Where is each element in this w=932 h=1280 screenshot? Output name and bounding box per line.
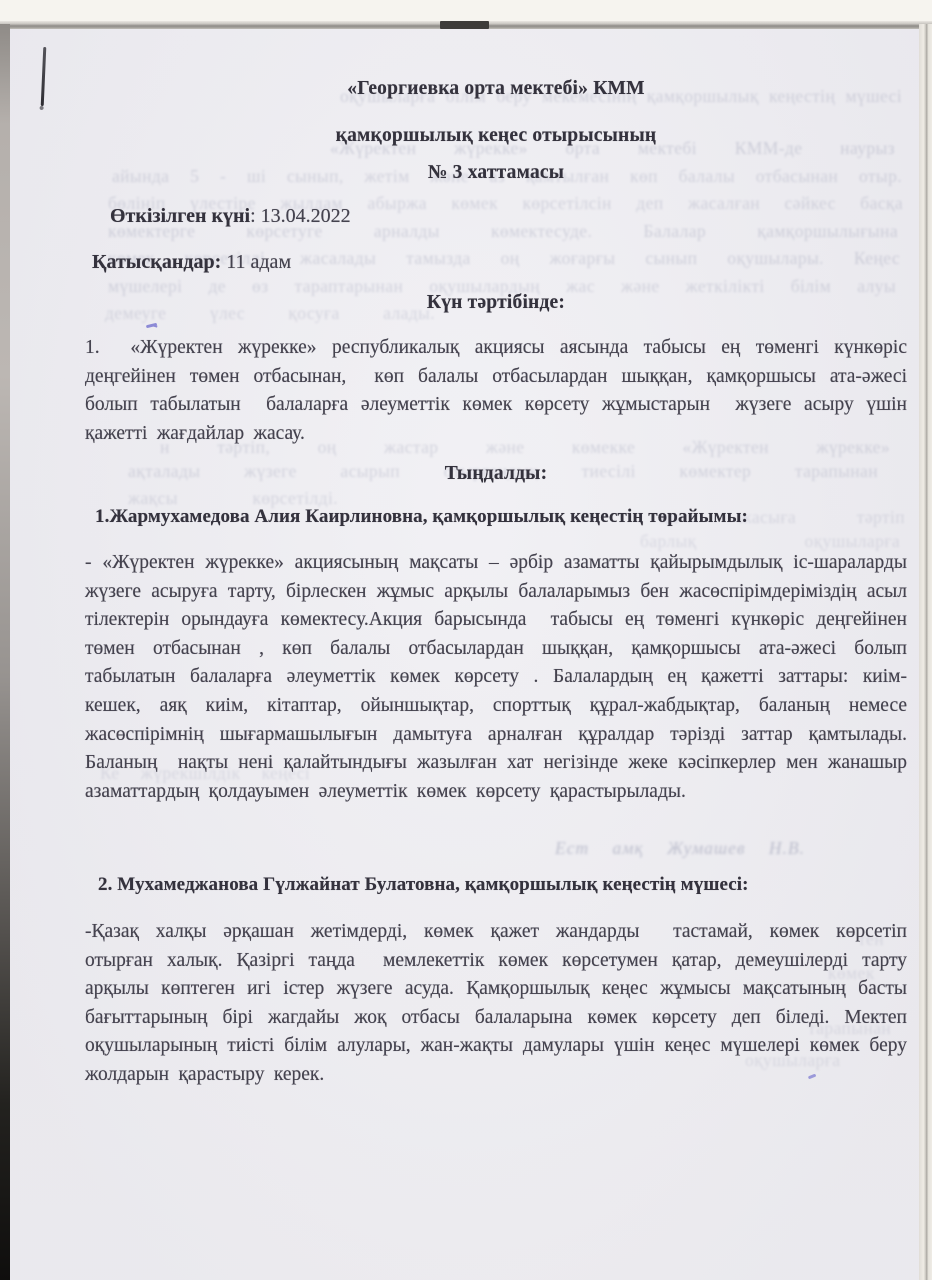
participants-label: Қатысқандар: [92,251,221,273]
binder-clip-mark [440,21,489,29]
agenda-heading: Күн тәртібінде: [85,292,907,314]
pen-mark [41,47,47,106]
meeting-date-row: Өткізілген күні: 13.04.2022 [110,205,351,228]
participants-value: 11 адам [221,251,291,273]
speaker1-statement: - «Жүректен жүрекке» акциясының мақсаты … [85,549,907,806]
speaker2-heading: 2. Мухамеджанова Гүлжайнат Булатовна, қа… [98,874,907,896]
bleedthrough-line: Ест амқ Жумашев Н.В. [555,838,805,861]
meeting-date-value: : 13.04.2022 [250,205,351,227]
heard-heading: Тыңдалды: [85,463,907,485]
participants-row: Қатысқандар: 11 адам [92,251,291,274]
blue-ink-mark [146,323,157,328]
meeting-date-label: Өткізілген күні [110,205,250,227]
document-title-line2: қамқоршылық кеңес отырысының [85,125,907,147]
document-title-line1: «Георгиевка орта мектебі» КММ [85,78,907,100]
document-title-line3: № 3 хаттамасы [85,162,907,184]
agenda-item-text: 1. «Жүректен жүрекке» республикалық акци… [85,334,907,448]
speaker1-heading: 1.Жармухамедова Алия Каирлиновна, қамқор… [95,506,907,528]
scan-left-edge [0,24,10,1280]
document-page: оқушыларға білім беру мекемесінің қамқор… [10,29,920,1280]
scan-right-edge [919,24,932,1280]
speaker2-statement: -Қазақ халқы әрқашан жетімдерді, көмек қ… [85,918,907,1090]
